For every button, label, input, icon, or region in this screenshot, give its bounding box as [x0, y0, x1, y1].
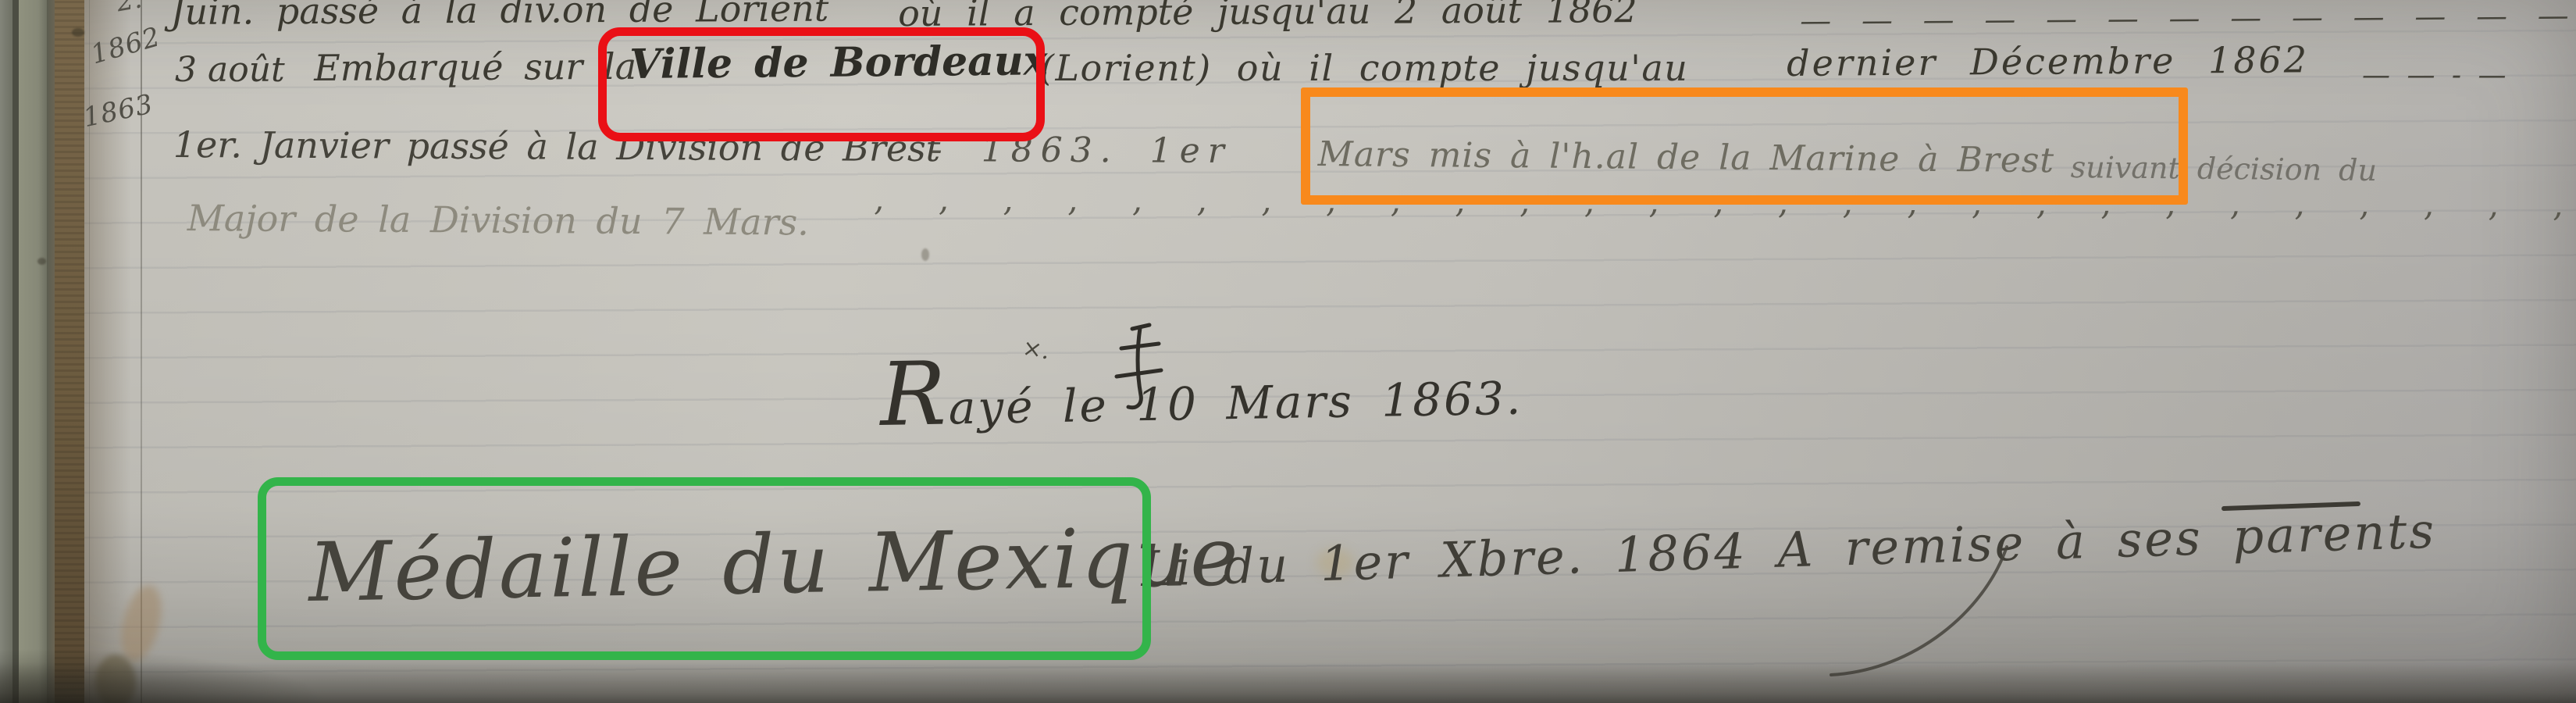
entry-line2-middle: (Lorient) où il compte jusqu'au [1040, 47, 1688, 89]
entry-line4-filler-ticks: ’ ’ ’ ’ ’ ’ ’ ’ ’ ’ ’ ’ ’ ’ ’ ’ ’ ’ ’ ’ … [873, 200, 2576, 244]
register-page-photo: 2. 1862 1863 Juin. passé à la div.on de … [0, 0, 2576, 703]
page-edge-stack [19, 0, 47, 703]
gutter-falloff [84, 0, 131, 703]
entry-line4-faint: Major de la Division du 7 Mars. [187, 197, 809, 244]
ship-name-text: Ville de Bordeaux [629, 37, 1048, 88]
gutter-shadow-line [47, 0, 55, 703]
pen-flourish [1819, 539, 2015, 687]
entry-line3-boxed-faint: Mars mis à l'h.al de la Marine à Brest [1318, 134, 2055, 180]
entry-line1-right: où il a compté jusqu'au 2 août 1862 [898, 0, 1637, 34]
entry-line3-after: suivant décision du [2071, 150, 2378, 187]
struck-off-note: Rayé le 10 Mars 1863. [879, 334, 1523, 446]
book-cover-edge [0, 0, 12, 703]
faint-smudge [921, 248, 929, 261]
ruled-lines [0, 0, 2576, 703]
annotation-box-green [258, 477, 1151, 660]
entry-line2-before-box: Embarqué sur la [314, 45, 636, 89]
entry-line2-date: 3 août [175, 50, 285, 90]
gutter-dark-line [12, 0, 19, 703]
page-edge-brown-band [55, 0, 84, 703]
annotation-box-orange [1301, 87, 2188, 205]
entry-line3-year: - 1863. 1er [931, 130, 1232, 171]
double-barred-cross-mark [1112, 322, 1167, 416]
entry-line3-before: 1er. Janvier passé à la Division de Bres… [173, 123, 941, 170]
bottom-page-edge-shadow [0, 662, 2576, 703]
medal-continuation-text: Li du 1er Xbre. 1864 A remise à ses pare… [1140, 502, 2437, 598]
entry-line1-filler-dashes: — — — — — — — — — — — — — [1800, 0, 2569, 39]
annotation-box-red [598, 27, 1045, 141]
entry-line2-end: dernier Décembre 1862 [1787, 38, 2309, 84]
margin-rule-line [141, 0, 142, 703]
entry-line2-filler-dashes: — — - — [2362, 59, 2507, 91]
mark-above-raye: ×. [1021, 334, 1051, 365]
medal-name-text: Médaille du Mexique [308, 509, 1242, 620]
faint-yellow-stain [1317, 548, 1354, 576]
page-vignette [0, 0, 2576, 703]
t-crossbar-flourish [2221, 501, 2360, 511]
entry-line1-left: Juin. passé à la div.on de Lorient [170, 0, 828, 33]
